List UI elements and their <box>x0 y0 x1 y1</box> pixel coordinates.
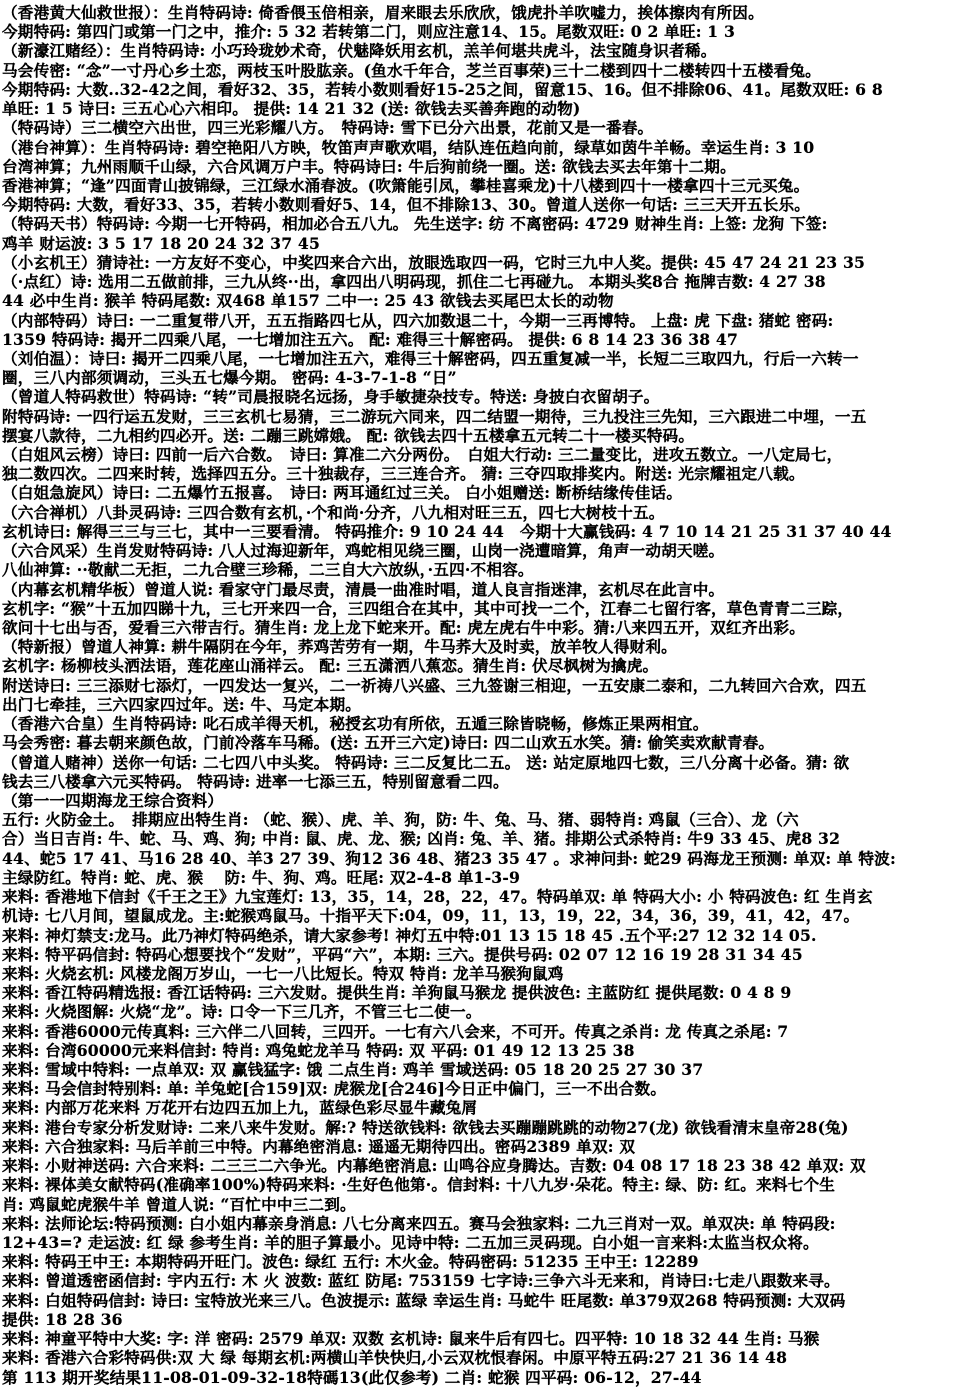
text-line: 出门七牵挂，三六四家四过年。送: 牛、马定本期。 <box>2 695 952 714</box>
text-line: 来料: 港台专家分析发财诗: 二来八来牛发财。解:? 特送欲钱料: 欲钱去买蹦蹦… <box>2 1118 952 1137</box>
text-line: 主绿防红。特肖: 蛇、虎、猴 防: 牛、狗、鸡。旺尾: 双2-4-8 单1-3-… <box>2 868 952 887</box>
text-line: 来料: 马会信封特别料: 单: 羊兔蛇[合159]双: 虎猴龙[合246]今日正… <box>2 1079 952 1098</box>
text-line: 来料: 火烧玄机: 风楼龙阁万岁山，一七一八比短长。特双 特肖: 龙羊马猴狗鼠鸡 <box>2 964 952 983</box>
text-line: （港台神算）：生肖特码诗: 碧空艳阳八方映，牧笛声声歌欢唱，结队连伍趋向前，绿草… <box>2 138 952 157</box>
text-line: 摆宴八款待，二九相约四必开。送: 二蹦三跳嫦娥。 配: 欲钱去四十五楼拿五元转二… <box>2 426 952 445</box>
text-line: （特码诗）三二横空六出世，四三光彩耀八方。 特码诗: 雪下已分六出景，花前又是一… <box>2 118 952 137</box>
text-line: 44、蛇5 17 41、马16 28 40、羊3 27 39、狗12 36 48… <box>2 849 952 868</box>
text-line: 钱去三八楼拿六元买特码。 特码诗: 进率一七添三五，特别留意看二四。 <box>2 772 952 791</box>
text-line: （内部特码）诗曰: 一二重复带八开，五五指路四七从，四六加数退二十，今期一三再博… <box>2 311 952 330</box>
text-line: 欲问十七出与否，爱看三六带吉行。猜生肖: 龙上龙下蛇来开。配: 虎左虎右牛中彩。… <box>2 618 952 637</box>
text-line: 合）当日吉肖: 牛、蛇、马、鸡、狗; 中肖: 鼠、虎、龙、猴; 凶肖: 兔、羊、… <box>2 829 952 848</box>
text-line: 来料: 法师论坛:特码预测: 白小姐内幕亲身消息: 八七分离来四五。赛马会独家料… <box>2 1214 952 1233</box>
text-line: （白姐风云榜）诗曰: 四前一后六合数。 诗曰: 算准二六分两份。 白姐大行动: … <box>2 445 952 464</box>
text-line: 独二数四次。二四来时转，选择四五分。三十独裁存，三三连合齐。 猜: 三夺四取排奖… <box>2 464 952 483</box>
text-line: 来料: 香港地下信封《千王之王》九宝莲灯: 13，35，14，28，22，47。… <box>2 887 952 906</box>
text-line: （刘伯温）：诗曰: 揭开二四乘八尾，一七增加注五六，难得三十解密码，四五重复减一… <box>2 349 952 368</box>
text-line: 八仙神算: ··敬献二无拒，二九合壁三珍稀，二三自大六放纵，·五四·不相容。 <box>2 560 952 579</box>
text-line: 来料: 台湾60000元来料信封: 特肖: 鸡兔蛇龙羊马 特码: 双 平码: 0… <box>2 1041 952 1060</box>
text-line: 来料: 雪域中特料: 一点单双: 双 赢钱猛字: 饿 二点生肖: 鸡羊 雪域送码… <box>2 1060 952 1079</box>
text-line: 玄机字: “猴”十五加四睇十九，三七开来四一合，三四组合在其中，其中可找一二个，… <box>2 599 952 618</box>
text-line: 马会秀密: 暮去朝来颜色故，门前冷落车马稀。(送: 五开三六定)诗曰: 四二山欢… <box>2 733 952 752</box>
text-line: （白姐急旋风）诗曰: 二五爆竹五报喜。 诗曰: 两耳通红过三关。 白小姐赠送: … <box>2 483 952 502</box>
text-line: 附特码诗: 一四行运五发财，三三玄机七易猜，三二游玩六同来，四二结盟一期待，三九… <box>2 407 952 426</box>
text-line: （小玄机王）猜诗社: 一方友好不变心，中奖四来合六出，放眼选取四一码，它时三九中… <box>2 253 952 272</box>
text-line: 提供: 18 28 36 <box>2 1310 952 1329</box>
text-line: （内幕玄机精华板）曾道人说: 看家守门最尽责，清晨一曲准时唱，道人良言指迷津，玄… <box>2 580 952 599</box>
text-line: 来料: 香港6000元传真料: 三六伴二八回转，三四开。一七有六八会来，不可开。… <box>2 1022 952 1041</box>
text-line: （新濠江赌经）：生肖特码诗: 小巧玲珑妙术奇，伏魅降妖用玄机，羔羊何堪共虎斗，法… <box>2 41 952 60</box>
text-line: 今期特码: 第四门或第一门之中，推介: 5 32 若转第二门，则应注意14、15… <box>2 22 952 41</box>
text-line: 来料: 内部万花来料 万花开右边四五加上九，蓝绿色彩尽显牛藏兔屑 <box>2 1098 952 1117</box>
text-line: （香港黄大仙救世报）：生肖特码诗: 倚香偎玉倍相亲，眉来眼去乐欣欣，饿虎扑羊吹嘘… <box>2 3 952 22</box>
text-line: 来料: 特平码信封: 特码心想要找个“发财”，平码“六”，本期: 三六。提供号码… <box>2 945 952 964</box>
text-line: 肖: 鸡鼠蛇虎猴牛羊 曾道人说: “百忙中中三二到。 <box>2 1195 952 1214</box>
text-line: 台湾神算；九州雨顺千山绿，六合风调万户丰。特码诗曰: 牛后狗前绕一圈。送: 欲钱… <box>2 157 952 176</box>
text-line: （曾道人赌神）送你一句话: 二七四八中头奖。 特码诗: 三二反复比二五。 送: … <box>2 753 952 772</box>
text-line: 来料: 裸体美女献特码(准确率100%)特码来料: ·生好色他第·。信封料: 十… <box>2 1175 952 1194</box>
text-line: 圈，三八内部须调动，三头五七爆今期。 密码: 4-3-7-1-8 “日” <box>2 368 952 387</box>
text-line: 1359 特码诗: 揭开二四乘八尾，一七增加注五六。 配: 难得三十解密码。 提… <box>2 330 952 349</box>
text-line: 玄机字: 杨柳枝头洒法语，莲花座山涌祥云。 配: 三五潇洒八蕉恋。猜生肖: 伏尽… <box>2 656 952 675</box>
text-line: 五行: 火防金土。 排期应出特生肖: （蛇、猴）、虎、羊、狗，防: 牛、兔、马、… <box>2 810 952 829</box>
lottery-tipsheet-document: （香港黄大仙救世报）：生肖特码诗: 倚香偎玉倍相亲，眉来眼去乐欣欣，饿虎扑羊吹嘘… <box>0 0 953 1388</box>
text-line: 44 必中生肖: 猴羊 特码尾数: 双468 单157 二中一: 25 43 欲… <box>2 291 952 310</box>
text-line: 今期特码: 大数..32-42之间，看好32、35，若转小数则看好15-25之间… <box>2 80 952 99</box>
text-line: 来料: 香港六合彩特码供:双 大 绿 每期玄机:两横山羊快快归,小云双枕恨春闲。… <box>2 1348 952 1367</box>
text-line: （·点红）诗: 选用二五做前排，三九从终··出，拿四出八明码现，抓住二七再碰九。… <box>2 272 952 291</box>
text-line: （六合风采）生肖发财特码诗: 八人过海迎新年，鸡蛇相见绕三圈，山岗一浇遭暗算，角… <box>2 541 952 560</box>
text-line: 附送诗曰: 三三添财七添灯，一四发达一复兴，二一祈祷八兴盛、三九签谢三相迎，一五… <box>2 676 952 695</box>
text-line: 来料: 特码王中王: 本期特码开旺门。波色: 绿红 五行: 木火金。特码密码: … <box>2 1252 952 1271</box>
text-line: 来料: 神童平特中大奖: 字: 洋 密码: 2579 单双: 双数 玄机诗: 鼠… <box>2 1329 952 1348</box>
text-line: 来料: 小财神送码: 六合来料: 二三三二六争光。内幕绝密消息: 山鸣谷应身腾达… <box>2 1156 952 1175</box>
text-line: 来料: 白姐特码信封: 诗曰: 宝特放光来三八。色波提示: 蓝绿 幸运生肖: 马… <box>2 1291 952 1310</box>
text-line: 马会传密: “念”一寸丹心乡土恋，两枝玉叶股肱亲。(鱼水千年合，芝兰百事荣)三十… <box>2 61 952 80</box>
text-line: （曾道人特码救世）特码诗: “转”司晨报晓名远扬，身手敏捷杂技专。特送: 身披白… <box>2 387 952 406</box>
text-line: （特码天书）特码诗: 今期一七开特码，相加必合五八九。 先生送字: 纺 不离密码… <box>2 214 952 233</box>
text-line: （六合禅机）八卦灵码诗: 三四合数有玄机，·个和尚·分齐，八九相对旺三五，四七大… <box>2 503 952 522</box>
text-line: （香港六合皇）生肖特码诗: 叱石成羊得天机，秘授玄功有所依，五遁三除皆晓畅，修炼… <box>2 714 952 733</box>
text-line: 鸡羊 财运波: 3 5 17 18 20 24 32 37 45 <box>2 234 952 253</box>
text-line: 单旺: 1 5 诗曰: 三五心心六相印。 提供: 14 21 32 (送: 欲钱… <box>2 99 952 118</box>
text-line: 香港神算；“逢”四面青山披锦绿，三江绿水涌春波。(吹箫能引凤，攀桂喜乘龙)十八楼… <box>2 176 952 195</box>
text-line: （特新报）曾道人神算: 耕牛隔阴在今年，荞鸡苦劳有一期，牛马荞大及时卖，放羊牧人… <box>2 637 952 656</box>
text-line: 玄机诗曰: 解得三三与三七，其中一三要看清。 特码推介: 9 10 24 44 … <box>2 522 952 541</box>
text-line: 来料: 神灯禁支:龙马。此乃神灯特码绝杀，请大家参考! 神灯五中特:01 13 … <box>2 926 952 945</box>
text-line: 来料: 火烧图解: 火烧“龙”。诗: 口令一下三几齐，不管三七二使一。 <box>2 1002 952 1021</box>
text-line: 来料: 曾道透密函信封: 宇内五行: 木 火 波数: 蓝红 防尾: 753159… <box>2 1271 952 1290</box>
text-line: 来料: 香江特码精选报: 香江话特码: 三六发财。提供生肖: 羊狗鼠马猴龙 提供… <box>2 983 952 1002</box>
text-line: （第一一四期海龙王综合资料） <box>2 791 952 810</box>
text-line: 12+43=? 走运波: 红 绿 参考生肖: 羊的胆子算最小。见诗中特: 二五加… <box>2 1233 952 1252</box>
text-line: 第 113 期开奖结果11-08-01-09-32-18特碼13(此仅参考) 二… <box>2 1368 952 1387</box>
text-line: 机诗: 七八月间，望鼠成龙。主:蛇猴鸡鼠马。十指平天下:04，09，11，13，… <box>2 906 952 925</box>
text-line: 今期特码: 大数，看好33、35，若转小数则看好5、14，但不排除13、30。曾… <box>2 195 952 214</box>
text-line: 来料: 六合独家料: 马后羊前三中特。内幕绝密消息: 遥遥无期待四出。密码238… <box>2 1137 952 1156</box>
